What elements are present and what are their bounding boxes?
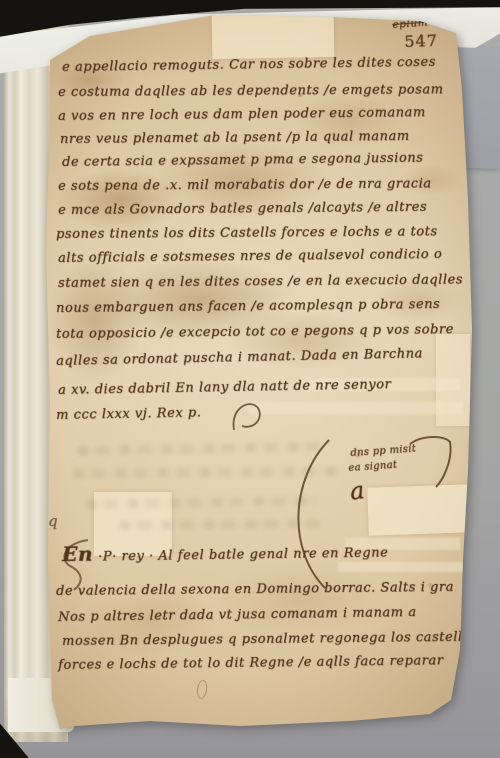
manuscript-line: m ccc lxxx vj. Rex p.: [56, 405, 202, 423]
manuscript-line: forces e lochs de tot lo dit Regne /e aq…: [58, 653, 444, 673]
manuscript-line: e mce als Govnadors batles genals /alcay…: [58, 200, 427, 218]
manuscript-line: a xv. dies dabril En lany dla natt de nr…: [58, 377, 391, 398]
seven-flourish: [406, 430, 454, 492]
manuscript-line: psones tinents los dits Castells forces …: [56, 224, 438, 242]
manuscript-line: a vos en nre loch eus dam plen poder eus…: [58, 105, 426, 124]
manuscript-page-wrap: eplum 547 e appellacio remoguts. Car nos…: [0, 0, 500, 758]
manuscript-line-with-initial: En·P· rey · Al feel batle genal nre en R…: [62, 537, 388, 566]
manuscript-page: eplum 547 e appellacio remoguts. Car nos…: [0, 0, 500, 758]
side-note-line: ea signat: [348, 460, 398, 474]
light-streak: [248, 402, 463, 414]
manuscript-line: de valencia della sexona en Domingo borr…: [56, 580, 454, 599]
manuscript-line: e appellacio remoguts. Car nos sobre les…: [62, 55, 436, 75]
side-note-flourish-letter: a: [348, 476, 367, 506]
drop-initial: En: [62, 542, 93, 566]
manuscript-line: alts officials e sotsmeses nres de quals…: [58, 247, 442, 266]
manuscript-line: ·P· rey · Al feel batle genal nre en Reg…: [98, 545, 388, 564]
manuscript-line: aqlles sa ordonat puscha i manat. Dada e…: [56, 346, 423, 369]
manuscript-line: nous embarguen ans facen /e acomplesqn p…: [56, 297, 440, 316]
bracket-flourish: [283, 434, 335, 596]
manuscript-line: Nos p altres letr dada vt jusa comanam i…: [58, 605, 417, 625]
struck-header-mark: eplum: [392, 17, 429, 31]
folio-number: 547: [404, 31, 438, 51]
repair-patch-top: [212, 13, 335, 59]
photo-stage: eplum 547 e appellacio remoguts. Car nos…: [0, 0, 500, 758]
manuscript-line: tota opposicio /e excepcio tot co e pego…: [56, 322, 454, 342]
margin-mark: q: [48, 512, 58, 530]
manuscript-line: de certa scia e expssamet p pma e segona…: [62, 151, 424, 170]
manuscript-line: stamet sien q en les dites coses /e en l…: [58, 272, 463, 291]
rex-signature-flourish: [228, 396, 268, 436]
light-streak: [338, 562, 468, 572]
manuscript-line: e costuma daqlles ab les dependents /e e…: [58, 82, 444, 100]
manuscript-line: e sots pena de .x. mil morabatis dor /e …: [58, 176, 432, 194]
small-ink-mark: [196, 679, 209, 699]
manuscript-line: nres veus plenamet ab la psent /p la qua…: [60, 129, 410, 147]
manuscript-line: mossen Bn desplugues q psonalmet regoneg…: [62, 630, 470, 649]
